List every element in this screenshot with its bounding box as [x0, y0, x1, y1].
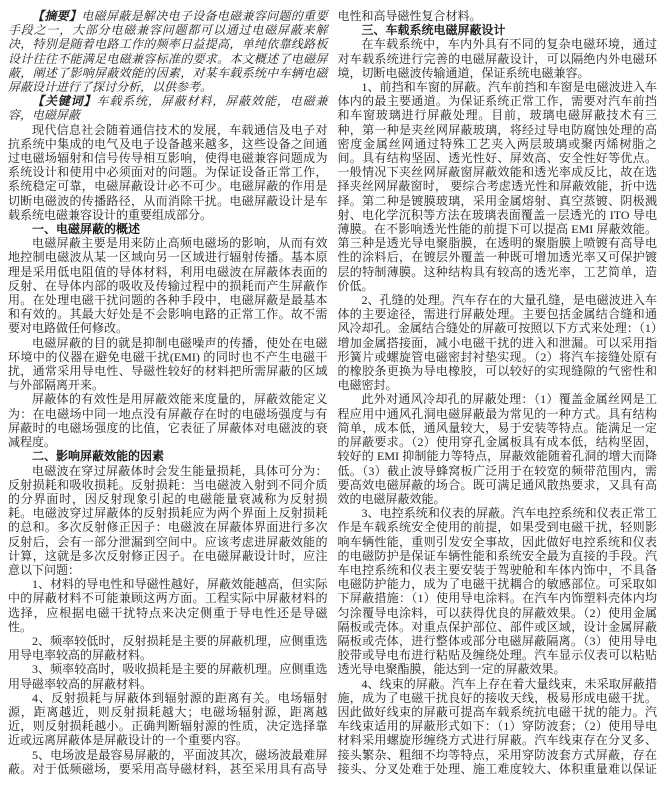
keywords-label: 【关键词】 — [32, 94, 96, 108]
paragraph: 电磁屏蔽的目的就是抑制电磁噪声的传播，使处在电磁环境中的仪器在避免电磁干扰(EM… — [8, 336, 328, 393]
paragraph: 电磁屏蔽主要是用来防止高频电磁场的影响，从而有效地控制电磁波从某一区域向另一区域… — [8, 236, 328, 335]
intro-paragraph: 现代信息社会随着通信技术的发展，车载通信及电子对抗系统中集成的电气及电子设备越来… — [8, 123, 328, 222]
list-item-3: 3、频率较高时，吸收损耗是主要的屏蔽机理。应侧重选用导磁率较高的屏蔽材料。 — [8, 662, 328, 690]
list-item-2: 2、频率较低时，反射损耗是主要的屏蔽机理，应侧重选用导电率较高的屏蔽材料。 — [8, 634, 328, 662]
article-page: 【摘要】电磁屏蔽是解决电子设备电磁兼容问题的重要手段之一，大部分电磁兼容问题都可… — [0, 0, 665, 791]
paragraph: 屏蔽体的有效性是用屏蔽效能来度量的，屏蔽效能定义为：在电磁场中同一地点没有屏蔽存… — [8, 392, 328, 449]
list-item-1: 1、材料的导电性和导磁性越好，屏蔽效能越高，但实际中的屏蔽材料不可能兼顾这两方面… — [8, 577, 328, 634]
abstract-paragraph: 【摘要】电磁屏蔽是解决电子设备电磁兼容问题的重要手段之一，大部分电磁兼容问题都可… — [8, 9, 328, 94]
paragraph: 电磁波在穿过屏蔽体时会发生能量损耗，具体可分为：反射损耗和吸收损耗。反射损耗：当… — [8, 464, 328, 578]
paragraph: 在车载系统中，车内外具有不同的复杂电磁环境，通过对车载系统进行完善的电磁屏蔽设计… — [338, 37, 658, 80]
subsection-paragraph-3: 3、电控系统和仪表的屏蔽。汽车电控系统和仪表正常工作是车载系统安全使用的前提，如… — [338, 506, 658, 676]
section-heading-2: 二、影响屏蔽效能的因素 — [8, 449, 328, 463]
paragraph: 此外对通风冷却孔的屏蔽处理：（1）覆盖金属丝网是工程应用中通风孔洞电磁屏蔽最为常… — [338, 392, 658, 506]
section-heading-1: 一、电磁屏蔽的概述 — [8, 222, 328, 236]
subsection-paragraph-2: 2、孔缝的处理。汽车存在的大量孔缝，是电磁波进入车体的主要途径，需进行屏蔽处理。… — [338, 293, 658, 392]
section-heading-3: 三、车载系统电磁屏蔽设计 — [338, 23, 658, 37]
abstract-label: 【摘要】 — [32, 9, 81, 23]
subsection-paragraph-1: 1、前挡和车窗的屏蔽。汽车前挡和车窗是电磁波进入车体内的最主要通道。为保证系统正… — [338, 80, 658, 293]
list-item-4: 4、反射损耗与屏蔽体到辐射源的距离有关。电场辐射源，距离越近，则反射损耗越大；电… — [8, 691, 328, 748]
keywords-paragraph: 【关键词】车载系统，屏蔽材料，屏蔽效能，电磁兼容，电磁屏蔽 — [8, 94, 328, 122]
